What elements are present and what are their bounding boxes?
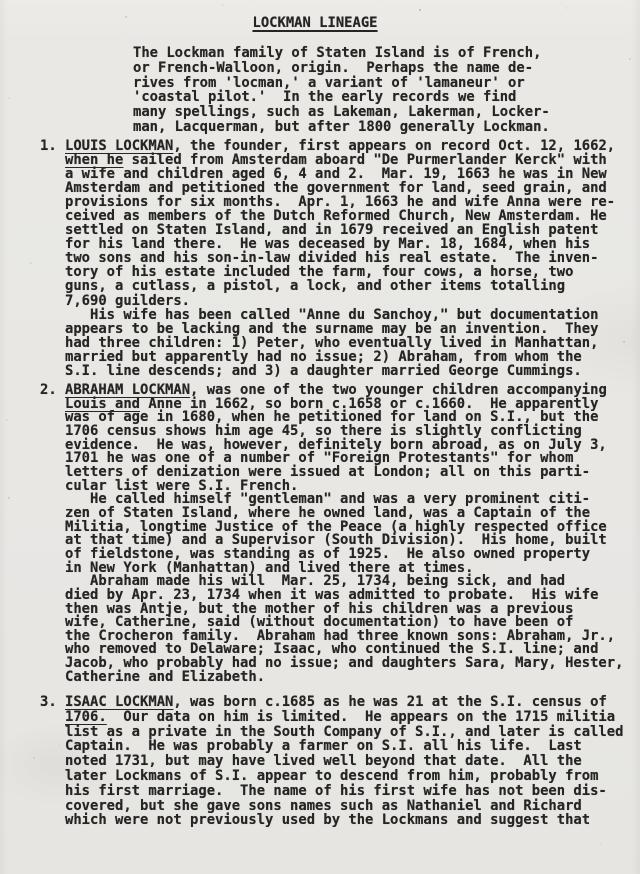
text-line: 3. ISAAC LOCKMAN, was born c.1685 as he … [40,695,623,710]
text-line: His wife has been called "Anne du Sancho… [40,308,615,322]
underlined-text: 1706. [65,709,107,725]
line-text: S.I. line descends; and 3) a daughter ma… [65,363,582,379]
text-line: appears to be lacking and the surname ma… [40,322,615,336]
text-line: 7,690 guilders. [40,294,615,308]
line-text: Our data on him is limited. He appears o… [107,709,615,725]
text-line: married but apparently had no issue; 2) … [40,350,615,364]
text-line: many spellings, such as Lakeman, Lakerma… [133,105,550,120]
section-1-louis-lockman: 1. LOUIS LOCKMAN, the founder, first app… [40,139,615,378]
person-name-underlined: ISAAC LOCKMAN [65,694,173,710]
section-number: 2. [40,382,65,398]
line-text: which were not previously used by the Lo… [65,812,590,828]
line-text: Catherine and Elizabeth. [65,669,265,685]
section-3-isaac-lockman: 3. ISAAC LOCKMAN, was born c.1685 as he … [40,695,623,828]
text-line: 'coastal pilot.' In the early records we… [133,90,550,105]
text-line: Catherine and Elizabeth. [40,671,623,685]
text-line: had three children: 1) Peter, who eventu… [40,336,615,350]
text-line: which were not previously used by the Lo… [40,813,623,828]
text-line: his first marriage. The name of his firs… [40,784,623,799]
heading-rest: , was born c.1685 as he was 21 at the S.… [173,694,606,710]
text-line: The Lockman family of Staten Island is o… [133,46,550,61]
text-line: noted 1731, but may have lived well beyo… [40,754,623,769]
line-text: Captain. He was probably a farmer on S.I… [65,738,582,754]
line-text: his first marriage. The name of his firs… [65,783,607,799]
intro-paragraph: The Lockman family of Staten Island is o… [133,46,550,135]
line-text: noted 1731, but may have lived well beyo… [65,753,582,769]
page-title: LOCKMAN LINEAGE [0,15,630,31]
text-line: 1. LOUIS LOCKMAN, the founder, first app… [40,139,615,153]
scanned-document-page: LOCKMAN LINEAGE The Lockman family of St… [0,0,640,874]
section-number: 1. [40,138,65,154]
text-line: man, Lacquerman, but after 1800 generall… [133,120,550,135]
text-line: guns, a cutlass, a pistol, a lock, and o… [40,279,615,293]
text-line: Captain. He was probably a farmer on S.I… [40,739,623,754]
text-line: when he sailed from Amsterdam aboard "De… [40,153,615,167]
text-line: or French-Walloon, origin. Perhaps the n… [133,61,550,76]
text-line: later Lockmans of S.I. appear to descend… [40,769,623,784]
text-line: S.I. line descends; and 3) a daughter ma… [40,364,615,378]
section-2-abraham-lockman: 2. ABRAHAM LOCKMAN, was one of the two y… [40,384,623,684]
section-number: 3. [40,694,65,710]
line-text: later Lockmans of S.I. appear to descend… [65,768,598,784]
text-line: 1706. Our data on him is limited. He app… [40,710,623,725]
